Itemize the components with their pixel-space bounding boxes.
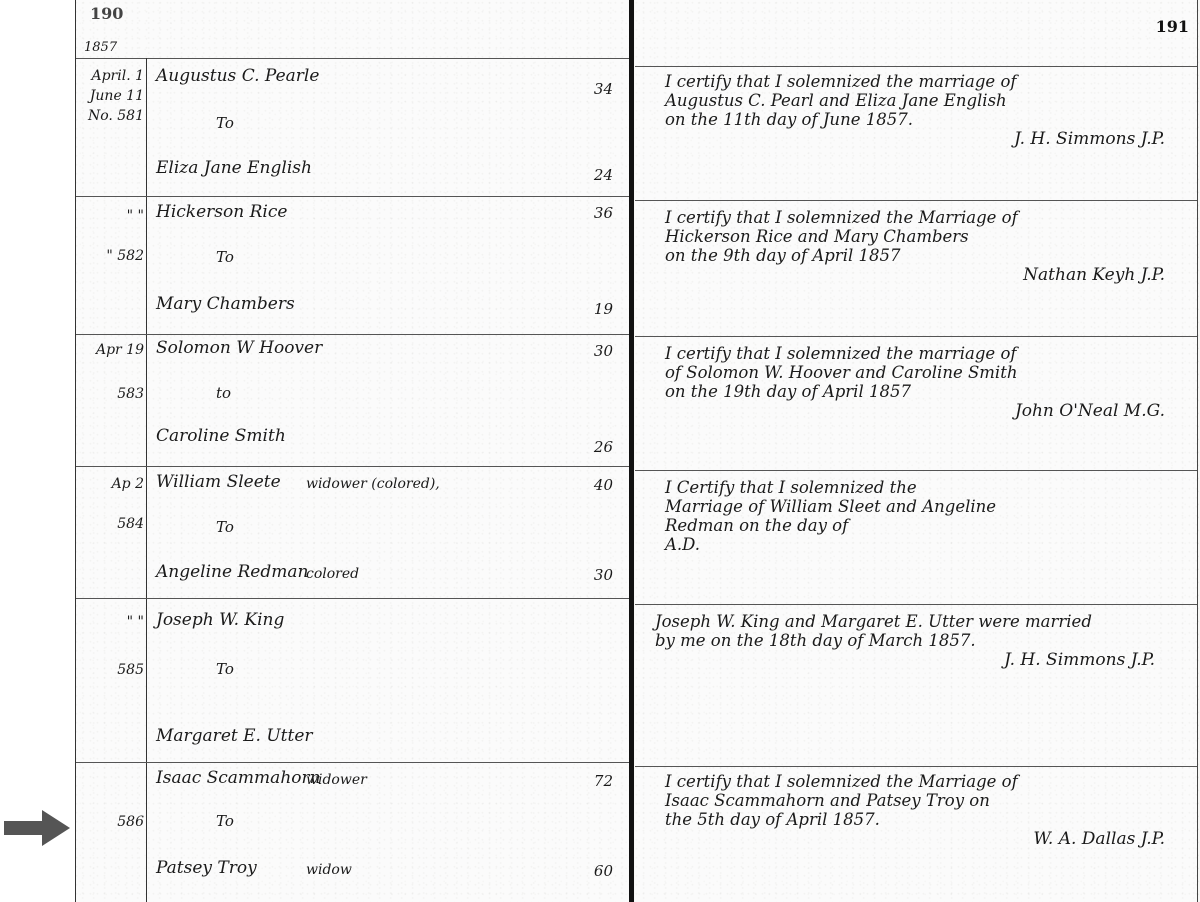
connector-to: to xyxy=(216,384,231,402)
entry-date: " " " 582 xyxy=(80,206,144,266)
bride-age: 26 xyxy=(594,438,613,456)
header-rule xyxy=(635,66,1197,67)
register-entry-581: April. 1 June 11 No. 581 Augustus C. Pea… xyxy=(76,58,633,196)
bride-name: Margaret E. Utter xyxy=(156,726,313,746)
register-spread: 190 1857 April. 1 June 11 No. 581 August… xyxy=(75,0,1200,902)
right-page: 191 I certify that I solemnized the marr… xyxy=(635,0,1198,902)
register-entry-586: 586 Isaac Scammahorn widower 72 To Patse… xyxy=(76,762,633,902)
officiant-signature: John O'Neal M.G. xyxy=(665,401,1165,421)
register-entry-583: Apr 19 583 Solomon W Hoover 30 to Caroli… xyxy=(76,334,633,466)
bride-age: 60 xyxy=(594,862,613,880)
certificate-583: I certify that I solemnized the marriage… xyxy=(665,344,1185,421)
certificate-text: I Certify that I solemnized the Marriage… xyxy=(665,478,1185,554)
officiant-signature: W. A. Dallas J.P. xyxy=(665,829,1165,849)
groom-name: Joseph W. King xyxy=(156,610,284,630)
connector-to: To xyxy=(216,518,234,536)
groom-age: 36 xyxy=(594,204,613,222)
bride-status-note: colored xyxy=(306,566,359,582)
bride-age: 30 xyxy=(594,566,613,584)
certificate-text: I certify that I solemnized the Marriage… xyxy=(665,208,1185,265)
row-divider xyxy=(635,336,1197,337)
groom-age: 34 xyxy=(594,80,613,98)
groom-name: Isaac Scammahorn xyxy=(156,768,321,788)
officiant-signature: Nathan Keyh J.P. xyxy=(665,265,1165,285)
left-page-number: 190 xyxy=(90,4,123,23)
row-divider xyxy=(635,470,1197,471)
certificate-582: I certify that I solemnized the Marriage… xyxy=(665,208,1185,285)
certificate-text: I certify that I solemnized the Marriage… xyxy=(665,772,1185,829)
groom-name: Hickerson Rice xyxy=(156,202,287,222)
register-entry-584: Ap 2 584 William Sleete widower (colored… xyxy=(76,466,633,598)
register-entry-585: " " 585 Joseph W. King To Margaret E. Ut… xyxy=(76,598,633,762)
groom-name: William Sleete xyxy=(156,472,281,492)
bride-name: Eliza Jane English xyxy=(156,158,312,178)
entry-date: " " 585 xyxy=(80,612,144,680)
bride-name: Angeline Redman xyxy=(156,562,308,582)
groom-age: 30 xyxy=(594,342,613,360)
certificate-585: Joseph W. King and Margaret E. Utter wer… xyxy=(655,612,1175,670)
officiant-signature: J. H. Simmons J.P. xyxy=(665,129,1165,149)
connector-to: To xyxy=(216,812,234,830)
certificate-581: I certify that I solemnized the marriage… xyxy=(665,72,1185,149)
certificate-text: I certify that I solemnized the marriage… xyxy=(665,72,1185,129)
right-page-number: 191 xyxy=(1156,17,1189,36)
bride-name: Mary Chambers xyxy=(156,294,295,314)
connector-to: To xyxy=(216,248,234,266)
connector-to: To xyxy=(216,660,234,678)
book-gutter xyxy=(629,0,634,902)
certificate-text: I certify that I solemnized the marriage… xyxy=(665,344,1185,401)
bride-age: 19 xyxy=(594,300,613,318)
row-divider xyxy=(635,766,1197,767)
bride-name: Patsey Troy xyxy=(156,858,257,878)
bride-age: 24 xyxy=(594,166,613,184)
certificate-text: Joseph W. King and Margaret E. Utter wer… xyxy=(655,612,1175,650)
officiant-signature: J. H. Simmons J.P. xyxy=(655,650,1155,670)
entry-date: Apr 19 583 xyxy=(80,340,144,404)
groom-age: 72 xyxy=(594,772,613,790)
right-arrow-icon xyxy=(4,810,70,846)
bride-status-note: widow xyxy=(306,862,352,878)
bride-name: Caroline Smith xyxy=(156,426,286,446)
row-divider xyxy=(635,200,1197,201)
groom-status-note: widower xyxy=(306,772,367,788)
certificate-586: I certify that I solemnized the Marriage… xyxy=(665,772,1185,849)
entry-date: 586 xyxy=(80,812,144,832)
entry-date: April. 1 June 11 No. 581 xyxy=(80,66,144,126)
groom-status-note: widower (colored), xyxy=(306,476,440,492)
groom-age: 40 xyxy=(594,476,613,494)
certificate-584: I Certify that I solemnized the Marriage… xyxy=(665,478,1185,554)
register-entry-582: " " " 582 Hickerson Rice 36 To Mary Cham… xyxy=(76,196,633,334)
left-page: 190 1857 April. 1 June 11 No. 581 August… xyxy=(75,0,633,902)
groom-name: Solomon W Hoover xyxy=(156,338,322,358)
connector-to: To xyxy=(216,114,234,132)
register-year: 1857 xyxy=(84,40,117,55)
entry-date: Ap 2 584 xyxy=(80,474,144,534)
row-divider xyxy=(635,604,1197,605)
groom-name: Augustus C. Pearle xyxy=(156,66,319,86)
